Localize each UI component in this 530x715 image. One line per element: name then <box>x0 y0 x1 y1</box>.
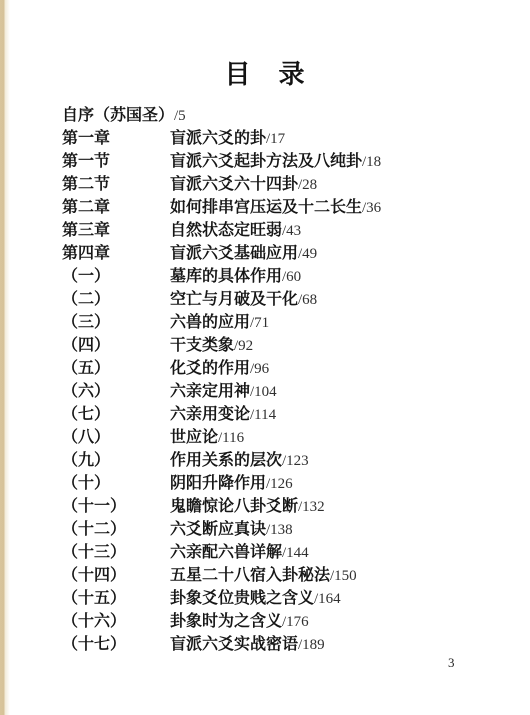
toc-entry-title: 鬼瞻惊论八卦爻断 <box>170 498 298 515</box>
toc-entry-label: 第一节 <box>62 150 170 173</box>
toc-entry-label: （七） <box>62 403 170 426</box>
toc-entry-page: /71 <box>250 315 269 331</box>
toc-entry-page: /189 <box>298 637 325 653</box>
toc-row: （七）六亲用变论/114 <box>62 403 514 426</box>
toc-entry-title: 化爻的作用 <box>170 360 250 377</box>
toc-row: （八）世应论/116 <box>62 426 514 449</box>
toc-entry-title: 空亡与月破及干化 <box>170 291 298 308</box>
toc-entry-page: /60 <box>282 269 301 285</box>
toc-entry-title: 自然状态定旺弱 <box>170 222 282 239</box>
toc-entry-title: 六亲用变论 <box>170 406 250 423</box>
toc-entry-label: （十六） <box>62 610 170 633</box>
toc-entry-label: （五） <box>62 357 170 380</box>
toc-entry-page: /92 <box>234 338 253 354</box>
toc-entry-label: （十四） <box>62 564 170 587</box>
toc-entry-page: /49 <box>298 246 317 262</box>
toc-row: （十六）卦象时为之含义/176 <box>62 610 514 633</box>
toc-entry-label: 第二节 <box>62 173 170 196</box>
scan-left-edge <box>0 0 10 715</box>
toc-entry-page: /114 <box>250 407 276 423</box>
toc-row: （十五）卦象爻位贵贱之含义/164 <box>62 587 514 610</box>
toc-entry-page: /164 <box>314 591 341 607</box>
toc-entry-title: 盲派六爻的卦 <box>170 130 266 147</box>
book-page: 目 录 自序（苏国圣）/5 第一章盲派六爻的卦/17 第一节盲派六爻起卦方法及八… <box>0 0 530 715</box>
toc-row: 第一章盲派六爻的卦/17 <box>62 127 514 150</box>
toc-entry-title: 盲派六爻起卦方法及八纯卦 <box>170 153 362 170</box>
toc-row: 第四章盲派六爻基础应用/49 <box>62 242 514 265</box>
toc-row: （五）化爻的作用/96 <box>62 357 514 380</box>
toc-entry-page: /28 <box>298 177 317 193</box>
toc-entry-page: /123 <box>282 453 309 469</box>
toc-entry-label: （三） <box>62 311 170 334</box>
toc-entry-page: /144 <box>282 545 309 561</box>
toc-entry-label: 第三章 <box>62 219 170 242</box>
toc-entry-label: （一） <box>62 265 170 288</box>
toc-row: （十二）六爻断应真诀/138 <box>62 518 514 541</box>
toc-entry-title: 如何排串宫压运及十二长生 <box>170 199 362 216</box>
toc-entry-label: （十五） <box>62 587 170 610</box>
toc-row: （十）阴阳升降作用/126 <box>62 472 514 495</box>
toc-row: （十四）五星二十八宿入卦秘法/150 <box>62 564 514 587</box>
toc-entry-label: （九） <box>62 449 170 472</box>
toc-entry-title: 六亲定用神 <box>170 383 250 400</box>
toc-entry-label: （十三） <box>62 541 170 564</box>
toc-entry-page: /150 <box>330 568 357 584</box>
toc-entry-page: /176 <box>282 614 309 630</box>
toc-entry-title: 盲派六爻基础应用 <box>170 245 298 262</box>
toc-entry-label: （十二） <box>62 518 170 541</box>
toc-entry-page: /104 <box>250 384 277 400</box>
toc-entry-page: /126 <box>266 476 293 492</box>
toc-entry-page: /36 <box>362 200 381 216</box>
toc-entry-label: （八） <box>62 426 170 449</box>
toc-row: 第三章自然状态定旺弱/43 <box>62 219 514 242</box>
toc-entry-page: /138 <box>266 522 293 538</box>
toc-entry-page: /116 <box>218 430 244 446</box>
toc-entry-title: 世应论 <box>170 429 218 446</box>
toc-row: 自序（苏国圣）/5 <box>62 104 514 127</box>
toc-row: （四）干支类象/92 <box>62 334 514 357</box>
toc-row: （十七）盲派六爻实战密语/189 <box>62 633 514 656</box>
toc-entry-label: （六） <box>62 380 170 403</box>
page-number: 3 <box>448 655 455 671</box>
toc-entry-title: 五星二十八宿入卦秘法 <box>170 567 330 584</box>
toc-entry-label: 第二章 <box>62 196 170 219</box>
toc-entry-title: 阴阳升降作用 <box>170 475 266 492</box>
toc-entry-page: /5 <box>174 108 186 124</box>
toc-row: 第二章如何排串宫压运及十二长生/36 <box>62 196 514 219</box>
toc-entry-page: /68 <box>298 292 317 308</box>
toc-entry-title: 干支类象 <box>170 337 234 354</box>
toc-entry-page: /96 <box>250 361 269 377</box>
toc-row: （九）作用关系的层次/123 <box>62 449 514 472</box>
toc-entry-label: 自序（苏国圣） <box>62 104 174 127</box>
toc-entry-page: /17 <box>266 131 285 147</box>
toc-entry-title: 作用关系的层次 <box>170 452 282 469</box>
toc-entry-page: /18 <box>362 154 381 170</box>
toc-entry-title: 六亲配六兽详解 <box>170 544 282 561</box>
toc-row: 第二节盲派六爻六十四卦/28 <box>62 173 514 196</box>
toc-row: （三）六兽的应用/71 <box>62 311 514 334</box>
toc-entry-label: （十一） <box>62 495 170 518</box>
toc-entry-title: 盲派六爻实战密语 <box>170 636 298 653</box>
toc-entry-title: 六爻断应真诀 <box>170 521 266 538</box>
toc-list: 自序（苏国圣）/5 第一章盲派六爻的卦/17 第一节盲派六爻起卦方法及八纯卦/1… <box>62 104 514 656</box>
toc-entry-title: 墓库的具体作用 <box>170 268 282 285</box>
toc-row: （六）六亲定用神/104 <box>62 380 514 403</box>
toc-entry-title: 卦象时为之含义 <box>170 613 282 630</box>
toc-row: 第一节盲派六爻起卦方法及八纯卦/18 <box>62 150 514 173</box>
toc-row: （二）空亡与月破及干化/68 <box>62 288 514 311</box>
toc-entry-title: 盲派六爻六十四卦 <box>170 176 298 193</box>
toc-entry-title: 六兽的应用 <box>170 314 250 331</box>
toc-entry-label: 第一章 <box>62 127 170 150</box>
toc-row: （十三）六亲配六兽详解/144 <box>62 541 514 564</box>
page-title: 目 录 <box>0 54 530 91</box>
toc-entry-label: 第四章 <box>62 242 170 265</box>
toc-entry-label: （十） <box>62 472 170 495</box>
toc-entry-label: （二） <box>62 288 170 311</box>
toc-row: （一）墓库的具体作用/60 <box>62 265 514 288</box>
toc-entry-label: （十七） <box>62 633 170 656</box>
toc-entry-label: （四） <box>62 334 170 357</box>
toc-entry-page: /132 <box>298 499 325 515</box>
toc-row: （十一）鬼瞻惊论八卦爻断/132 <box>62 495 514 518</box>
toc-entry-title: 卦象爻位贵贱之含义 <box>170 590 314 607</box>
toc-entry-page: /43 <box>282 223 301 239</box>
